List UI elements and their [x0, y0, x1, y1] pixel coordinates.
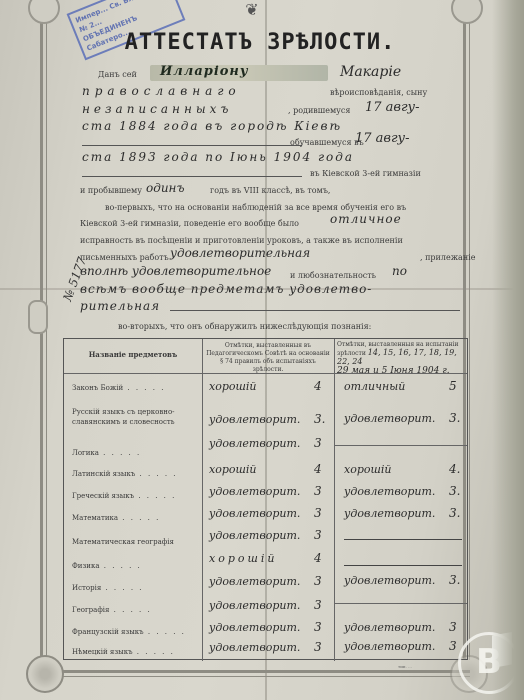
- council-grade-number: 3: [314, 574, 322, 588]
- watermark-logo-icon: В: [458, 632, 520, 694]
- handwritten-text: одинъ: [146, 181, 184, 195]
- council-grade-number: 4: [314, 551, 322, 565]
- council-grade-text: удовлетворит.: [209, 529, 300, 542]
- document-title: АТТЕСТАТЪ ЗРѢЛОСТИ.: [90, 30, 430, 55]
- handwritten-text: отличное: [330, 212, 402, 226]
- council-grade-number: 4: [314, 462, 322, 476]
- exam-grade-number: 3.: [449, 484, 460, 498]
- header-subject: Названіе предметовъ: [64, 351, 202, 359]
- exam-grade-text: удовлетворит.: [344, 412, 435, 425]
- exam-grade-number: 3: [449, 639, 457, 653]
- table-row: Нѣмецкій языкъ удовлетворит. 3 удовлетво…: [64, 635, 467, 659]
- handwritten-text: православнаго: [82, 84, 241, 98]
- blank-line: [170, 310, 460, 311]
- printed-text: Кіевской 3-ей гимназіи, поведеніе его во…: [80, 219, 299, 228]
- council-grade-number: 4: [314, 379, 322, 393]
- printed-text: во-первыхъ, что на основаніи наблюденій …: [105, 203, 406, 212]
- exam-grade-text: хорошій: [344, 463, 392, 476]
- handwritten-text: 17 авгу-: [365, 100, 420, 115]
- handwritten-text: ста 1893 года по Іюнь 1904 года: [82, 150, 354, 164]
- blank-line: [82, 176, 302, 177]
- council-grade-text: удовлетворит.: [209, 599, 300, 612]
- printed-text: вѣроисповѣданія, сыну: [330, 88, 427, 97]
- printed-text: , прилежаніе: [420, 253, 475, 262]
- handwritten-name: Илларіону: [160, 64, 249, 79]
- printer-mark: тип. ...: [398, 664, 412, 669]
- handwritten-text: удовлетворительная: [170, 246, 310, 260]
- printed-text: годъ въ VIII классѣ, въ томъ,: [210, 186, 330, 195]
- council-grade-number: 3.: [314, 412, 325, 426]
- border-right-inner: [469, 20, 470, 660]
- exam-grade-number: 3.: [449, 411, 460, 425]
- council-grade-number: 3: [314, 484, 322, 498]
- subject-name: Логика: [72, 448, 197, 458]
- header-exam-grades: Отмѣтки, выставленныя на испытаніи зрѣло…: [337, 341, 465, 376]
- exam-grade-number: 5: [449, 379, 457, 393]
- council-grade-text: хорошій: [209, 380, 257, 393]
- header-council-grades: Отмѣтки, выставленныя въ Педагогическомъ…: [206, 342, 330, 374]
- table-row: Греческій языкъ удовлетворит. 3 удовлетв…: [64, 481, 467, 505]
- council-grade-number: 3: [314, 436, 322, 450]
- table-row: Математика удовлетворит. 3 удовлетворит.…: [64, 503, 467, 527]
- council-grade-text: хорошій: [209, 552, 278, 565]
- subject-name: Русскій языкъ съ церковно-славянскимъ и …: [72, 407, 197, 427]
- table-row: Физика хорошій 4: [64, 547, 467, 571]
- printed-text: и любознательность: [290, 271, 376, 280]
- double-headed-eagle-icon: ❦: [232, 0, 272, 18]
- finial-ornament-left-icon: [28, 0, 60, 24]
- border-bottom: [40, 670, 470, 673]
- table-row: Законъ Божій хорошій 4 отличный 5: [64, 375, 467, 399]
- table-row: Исторія удовлетворит. 3 удовлетворит. 3.: [64, 569, 467, 593]
- exam-grade-number: 3: [449, 620, 457, 634]
- exam-grade-text: удовлетворит.: [344, 640, 435, 653]
- subject-name: Законъ Божій: [72, 383, 197, 393]
- handwritten-text: 17 авгу-: [355, 131, 410, 146]
- border-left-inner: [46, 20, 47, 660]
- exam-grade-text: удовлетворит.: [344, 621, 435, 634]
- printed-text: исправность въ посѣщеніи и приготовленіи…: [80, 236, 403, 245]
- subject-name: Греческій языкъ: [72, 491, 197, 501]
- border-left: [40, 20, 43, 660]
- exam-grade-text: удовлетворит.: [344, 485, 435, 498]
- council-grade-text: удовлетворит.: [209, 485, 300, 498]
- exam-grade-number: 4.: [449, 462, 460, 476]
- table-row: Логика удовлетворит. 3: [64, 435, 467, 459]
- redacted-name-field: Илларіону: [150, 65, 328, 81]
- handwritten-text: Макаріе: [340, 64, 401, 80]
- subject-name: Нѣмецкій языкъ: [72, 647, 197, 657]
- handwritten-text: всѣмъ вообще предметамъ удовлетво-: [80, 282, 372, 296]
- printed-text: письменныхъ работъ: [80, 253, 169, 262]
- printed-text: въ Кіевской 3-ей гимназіи: [310, 169, 421, 178]
- handwritten-text: по: [392, 264, 407, 278]
- council-grade-number: 3: [314, 640, 322, 654]
- table-row: Французскій языкъ удовлетворит. 3 удовле…: [64, 613, 467, 637]
- exam-grade-text: отличный: [344, 380, 405, 393]
- subject-name: Латинскій языкъ: [72, 469, 197, 479]
- council-grade-text: удовлетворит.: [209, 507, 300, 520]
- exam-grade-text: удовлетворит.: [344, 507, 435, 520]
- handwritten-text: незаписанныхъ: [82, 102, 232, 116]
- blank-line: [82, 145, 302, 146]
- printed-text: во-вторыхъ, что онъ обнаружилъ нижеслѣду…: [118, 322, 371, 331]
- subject-name: Математическая географія: [72, 537, 197, 547]
- printed-text: Данъ сей: [98, 70, 137, 79]
- handwritten-text: рительная: [80, 299, 160, 313]
- council-grade-text: удовлетворит.: [209, 437, 300, 450]
- council-grade-text: удовлетворит.: [209, 575, 300, 588]
- council-grade-text: хорошій: [209, 463, 257, 476]
- table-row: Латинскій языкъ хорошій 4 хорошій 4.: [64, 459, 467, 483]
- printed-text: , родившемуся: [288, 106, 350, 115]
- exam-grade-empty-dash: [344, 565, 462, 566]
- table-row: Русскій языкъ съ церковно-славянскимъ и …: [64, 399, 467, 433]
- table-row: Математическая географія удовлетворит. 3: [64, 525, 467, 549]
- exam-grade-number: 3.: [449, 573, 460, 587]
- corner-ornament-left-icon: [26, 655, 64, 693]
- exam-grade-number: 3.: [449, 506, 460, 520]
- watermark-flag-icon: [492, 632, 512, 668]
- council-grade-text: удовлетворит.: [209, 641, 300, 654]
- exam-grade-text: удовлетворит.: [344, 574, 435, 587]
- handwritten-text: вполнѣ удовлетворительное: [80, 264, 271, 278]
- printed-text: и пробывшему: [80, 186, 142, 195]
- council-grade-text: удовлетворит.: [209, 413, 300, 426]
- council-grade-number: 3: [314, 506, 322, 520]
- printed-text: обучавшемуся въ: [290, 138, 364, 147]
- council-grade-text: удовлетворит.: [209, 621, 300, 634]
- subject-name: Математика: [72, 513, 197, 523]
- grades-table: Названіе предметовъ Отмѣтки, выставленны…: [63, 338, 468, 660]
- handwritten-text: ста 1884 года въ городѣ Кіевѣ: [82, 119, 342, 133]
- finial-ornament-right-icon: [451, 0, 483, 24]
- table-row: Географія удовлетворит. 3: [64, 591, 467, 615]
- side-clasp-ornament-icon: [28, 300, 48, 334]
- document-paper: Импер... Св. Влад... № 2... ОБЪЕДИНЕНЪ С…: [0, 0, 524, 700]
- exam-grade-empty-dash: [344, 539, 462, 540]
- council-grade-number: 3: [314, 620, 322, 634]
- council-grade-number: 3: [314, 528, 322, 542]
- council-grade-number: 3: [314, 598, 322, 612]
- border-bottom-inner: [40, 676, 470, 677]
